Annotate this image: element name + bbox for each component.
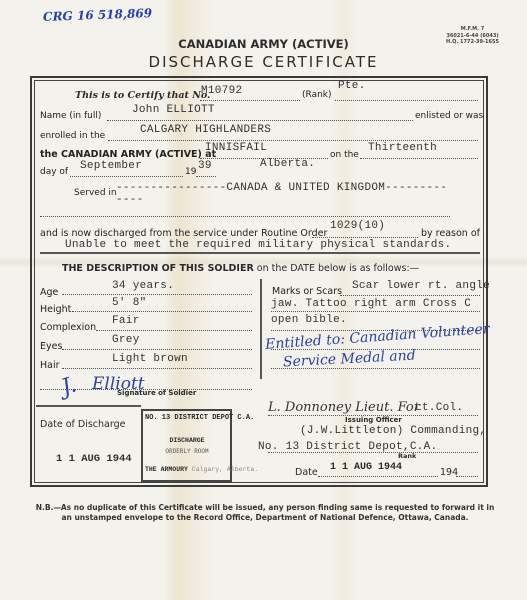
rule	[62, 294, 252, 295]
certify-label: This is to Certify that No.	[75, 90, 210, 101]
officer-date-label: Date	[295, 467, 318, 478]
stamp-location: Calgary, Alberta.	[188, 466, 258, 473]
enlistment-province: Alberta.	[260, 158, 315, 170]
service-number: M10792	[201, 85, 242, 97]
regiment-value: CALGARY HIGHLANDERS	[140, 124, 271, 136]
enlistment-place: INNISFAIL	[205, 142, 267, 154]
served-value: ----------------CANADA & UNITED KINGDOM-…	[116, 182, 449, 206]
description-heading-rest: on the DATE below is as follows:—	[254, 263, 419, 274]
officer-year-label: 194	[440, 467, 458, 478]
on-label: on the	[330, 150, 359, 160]
column-divider	[260, 279, 262, 379]
officer-name: (J.W.Littleton) Commanding,	[300, 425, 486, 437]
name-value: John ELLIOTT	[132, 104, 215, 116]
rule	[360, 158, 478, 159]
enrolled-label: enrolled in the	[40, 131, 105, 141]
dayof-label: day of	[40, 167, 68, 177]
marks-value-line: Scar lower rt. angle	[352, 280, 490, 292]
rule	[196, 176, 216, 177]
officer-rank: Lt.Col.	[415, 402, 463, 414]
section-divider	[36, 405, 141, 407]
rule	[40, 216, 450, 217]
description-heading-bold: THE DESCRIPTION OF THIS SOLDIER	[62, 263, 254, 274]
rank-label: (Rank)	[302, 90, 332, 100]
rule	[200, 100, 300, 101]
section-divider	[40, 252, 480, 254]
document-subtitle: DISCHARGE CERTIFICATE	[0, 53, 527, 71]
marks-value-line: jaw. Tattoo right arm Cross C	[271, 298, 471, 310]
rule	[318, 476, 438, 477]
hair-label: Hair	[40, 360, 60, 371]
discharge-reason: Unable to meet the required military phy…	[65, 239, 451, 251]
stamp-line: ORDERLY ROOM	[140, 448, 234, 455]
routine-order-value: 1029(10)	[330, 220, 385, 232]
date-of-discharge-label: Date of Discharge	[40, 419, 126, 430]
rule	[271, 311, 480, 312]
stamp-line: NO. 13 DISTRICT DEPOT C.A.	[145, 414, 254, 422]
marks-label: Marks or Scars	[272, 286, 342, 297]
rule	[107, 120, 413, 121]
army-label: the CANADIAN ARMY (ACTIVE) at	[40, 149, 216, 160]
rule	[456, 476, 478, 477]
reason-label: by reason of	[421, 228, 480, 239]
enlisted-label: enlisted or was	[415, 111, 483, 121]
height-label: Height	[40, 304, 71, 315]
eyes-value: Grey	[112, 334, 140, 346]
signature-label: Signature of Soldier	[117, 389, 196, 397]
rule	[335, 100, 478, 101]
date-of-discharge-stamp: 1 1 AUG 1944	[56, 453, 132, 465]
marks-value-line: open bible.	[271, 314, 347, 326]
rule	[312, 237, 418, 238]
served-label: Served in	[74, 188, 117, 198]
rule	[62, 368, 252, 369]
rank-value: Pte.	[338, 80, 366, 92]
rule	[62, 349, 252, 350]
stamp-line: THE ARMOURY Calgary, Alberta.	[145, 466, 258, 473]
complexion-value: Fair	[112, 315, 140, 327]
rule	[340, 295, 480, 296]
complexion-label: Complexion	[40, 322, 96, 333]
name-label: Name (in full)	[40, 111, 101, 121]
age-value: 34 years.	[112, 280, 174, 292]
description-heading: THE DESCRIPTION OF THIS SOLDIER on the D…	[62, 263, 419, 274]
rule	[70, 176, 183, 177]
rank-sublabel: Rank	[398, 452, 416, 460]
officer-signature: L. Donnoney Lieut. For	[268, 400, 420, 415]
eyes-label: Eyes	[40, 341, 62, 352]
officer-date-stamp: 1 1 AUG 1944	[330, 462, 402, 473]
stamp-line: DISCHARGE	[140, 437, 234, 444]
year-prefix: 19	[185, 167, 196, 177]
discharge-order-label: and is now discharged from the service u…	[40, 228, 327, 239]
rule	[72, 311, 252, 312]
height-value: 5' 8"	[112, 297, 147, 309]
stamp-armoury: THE ARMOURY	[145, 466, 188, 473]
footer-note: N.B.—As no duplicate of this Certificate…	[35, 503, 495, 523]
age-label: Age	[40, 287, 58, 298]
enlistment-month: September	[80, 160, 142, 172]
hair-value: Light brown	[112, 353, 188, 365]
rule	[108, 140, 478, 141]
rule	[96, 330, 252, 331]
issuing-officer-label: Issuing Officer	[345, 416, 402, 424]
enlistment-year: 39	[198, 160, 212, 172]
enlistment-day: Thirteenth	[368, 142, 437, 154]
document-title: CANADIAN ARMY (ACTIVE)	[0, 37, 527, 51]
